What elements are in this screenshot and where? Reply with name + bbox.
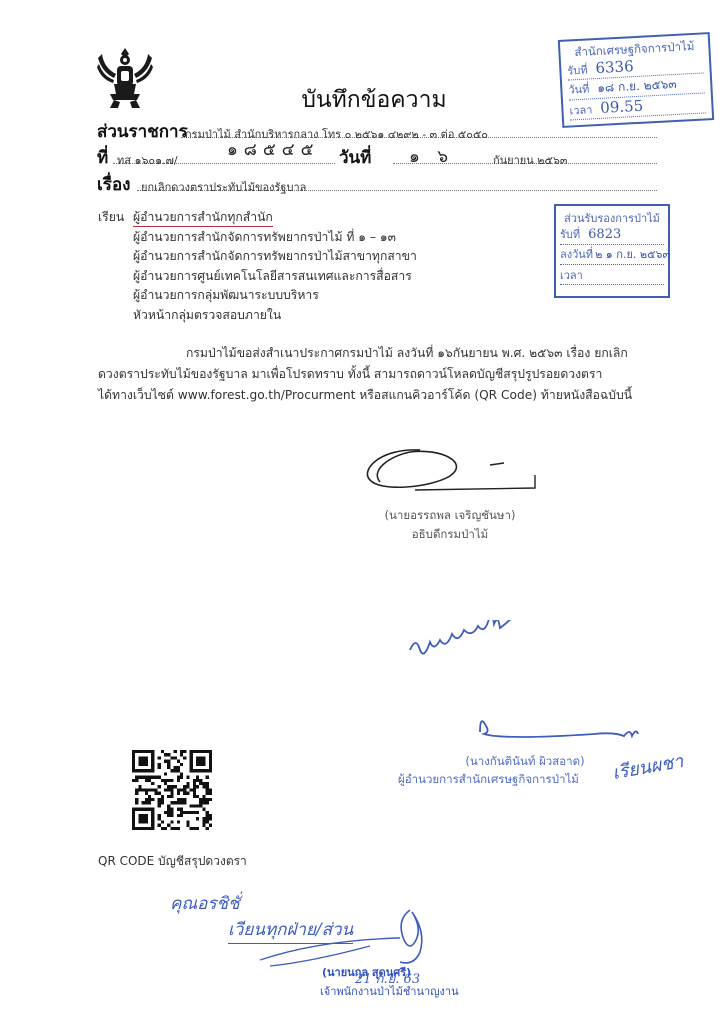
subject-value: ยกเลิกดวงตราประทับไม้ของรัฐบาล — [137, 181, 306, 194]
addressee-item: ผู้อำนวยการกลุ่มพัฒนาระบบบริหาร — [133, 286, 417, 306]
stamp-received-time: 09.55 — [600, 97, 644, 117]
body-line: กรมป่าไม้ขอส่งสำเนาประกาศกรมป่าไม้ ลงวัน… — [98, 343, 658, 364]
handwritten-note-bottom-1: คุณอรชิชั่ — [170, 890, 240, 917]
handwritten-note-circulate — [405, 620, 575, 670]
date-day-handwritten: ๑ ๖ — [409, 143, 454, 170]
addressee-item: หัวหน้ากลุ่มตรวจสอบภายใน — [133, 306, 417, 326]
addressee-label: เรียน — [98, 210, 124, 224]
signatory-main-name: (นายอรรถพล เจริญชันษา) — [340, 507, 560, 525]
addressee-item: ผู้อำนวยการสำนักจัดการทรัพยากรป่าไม้ ที่… — [133, 228, 417, 248]
body-paragraph: กรมป่าไม้ขอส่งสำเนาประกาศกรมป่าไม้ ลงวัน… — [98, 343, 658, 406]
addressee-list: ผู้อำนวยการสำนักทุกสำนัก ผู้อำนวยการสำนั… — [133, 208, 417, 325]
stamp2-office: ส่วนรับรองการป่าไม้ — [556, 206, 668, 225]
subject-row: เรื่อง ยกเลิกดวงตราประทับไม้ของรัฐบาล — [97, 171, 657, 193]
body-line: ดวงตราประทับไม้ของรัฐบาล มาเพื่อโปรดทราบ… — [98, 364, 658, 385]
addressee-item: ผู้อำนวยการศูนย์เทคโนโลยีสารสนเทศและการส… — [133, 267, 417, 287]
department-label: ส่วนราชการ — [97, 122, 188, 142]
addressee-item: ผู้อำนวยการสำนักทุกสำนัก — [133, 209, 273, 227]
reference-row: ที่ ทส ๑๖๐๑.๗/ ๑๘๕๔๕ วันที่ ๑ ๖ กันยายน … — [97, 144, 657, 166]
stamp2-received-date: ๒ ๑ ก.ย. ๒๕๖๓ — [595, 248, 670, 261]
qr-code[interactable] — [132, 750, 212, 830]
date-month-year: กันยายน ๒๕๖๓ — [493, 151, 567, 169]
officer-position: เจ้าพนักงานป่าไม้ชำนาญงาน — [320, 982, 459, 1000]
receipt-stamp-certification: ส่วนรับรองการป่าไม้ รับที่6823 ลงวันที่๒… — [554, 204, 670, 298]
stamp-received-number: 6336 — [595, 57, 634, 77]
director-economics-signature — [470, 712, 640, 742]
ref-number-handwritten: ๑๘๕๔๕ — [227, 136, 320, 163]
ref-value: ทส ๑๖๐๑.๗/ — [113, 154, 178, 167]
ref-label: ที่ — [97, 148, 108, 168]
subject-label: เรื่อง — [97, 175, 130, 195]
signatory-second-name: (นางกันตินันท์ ผิวสอาด) — [415, 753, 635, 771]
body-line: ได้ทางเว็บไซต์ www.forest.go.th/Procurme… — [98, 385, 658, 406]
addressee-block: เรียน — [98, 208, 124, 227]
qr-caption: QR CODE บัญชีสรุปดวงตรา — [98, 852, 247, 871]
signatory-main-position: อธิบดีกรมป่าไม้ — [340, 526, 560, 544]
stamp-received-date: ๑๘ ก.ย. ๒๕๖๓ — [597, 77, 677, 95]
director-general-signature — [360, 440, 540, 500]
signatory-second-position: ผู้อำนวยการสำนักเศรษฐกิจการป่าไม้ — [398, 771, 579, 789]
addressee-item: ผู้อำนวยการสำนักจัดการทรัพยากรป่าไม้สาขา… — [133, 247, 417, 267]
receipt-stamp-economics: สำนักเศรษฐกิจการป่าไม้ รับที่6336 วันที่… — [558, 32, 714, 128]
date-label: วันที่ — [339, 144, 371, 171]
stamp2-received-number: 6823 — [588, 227, 621, 242]
